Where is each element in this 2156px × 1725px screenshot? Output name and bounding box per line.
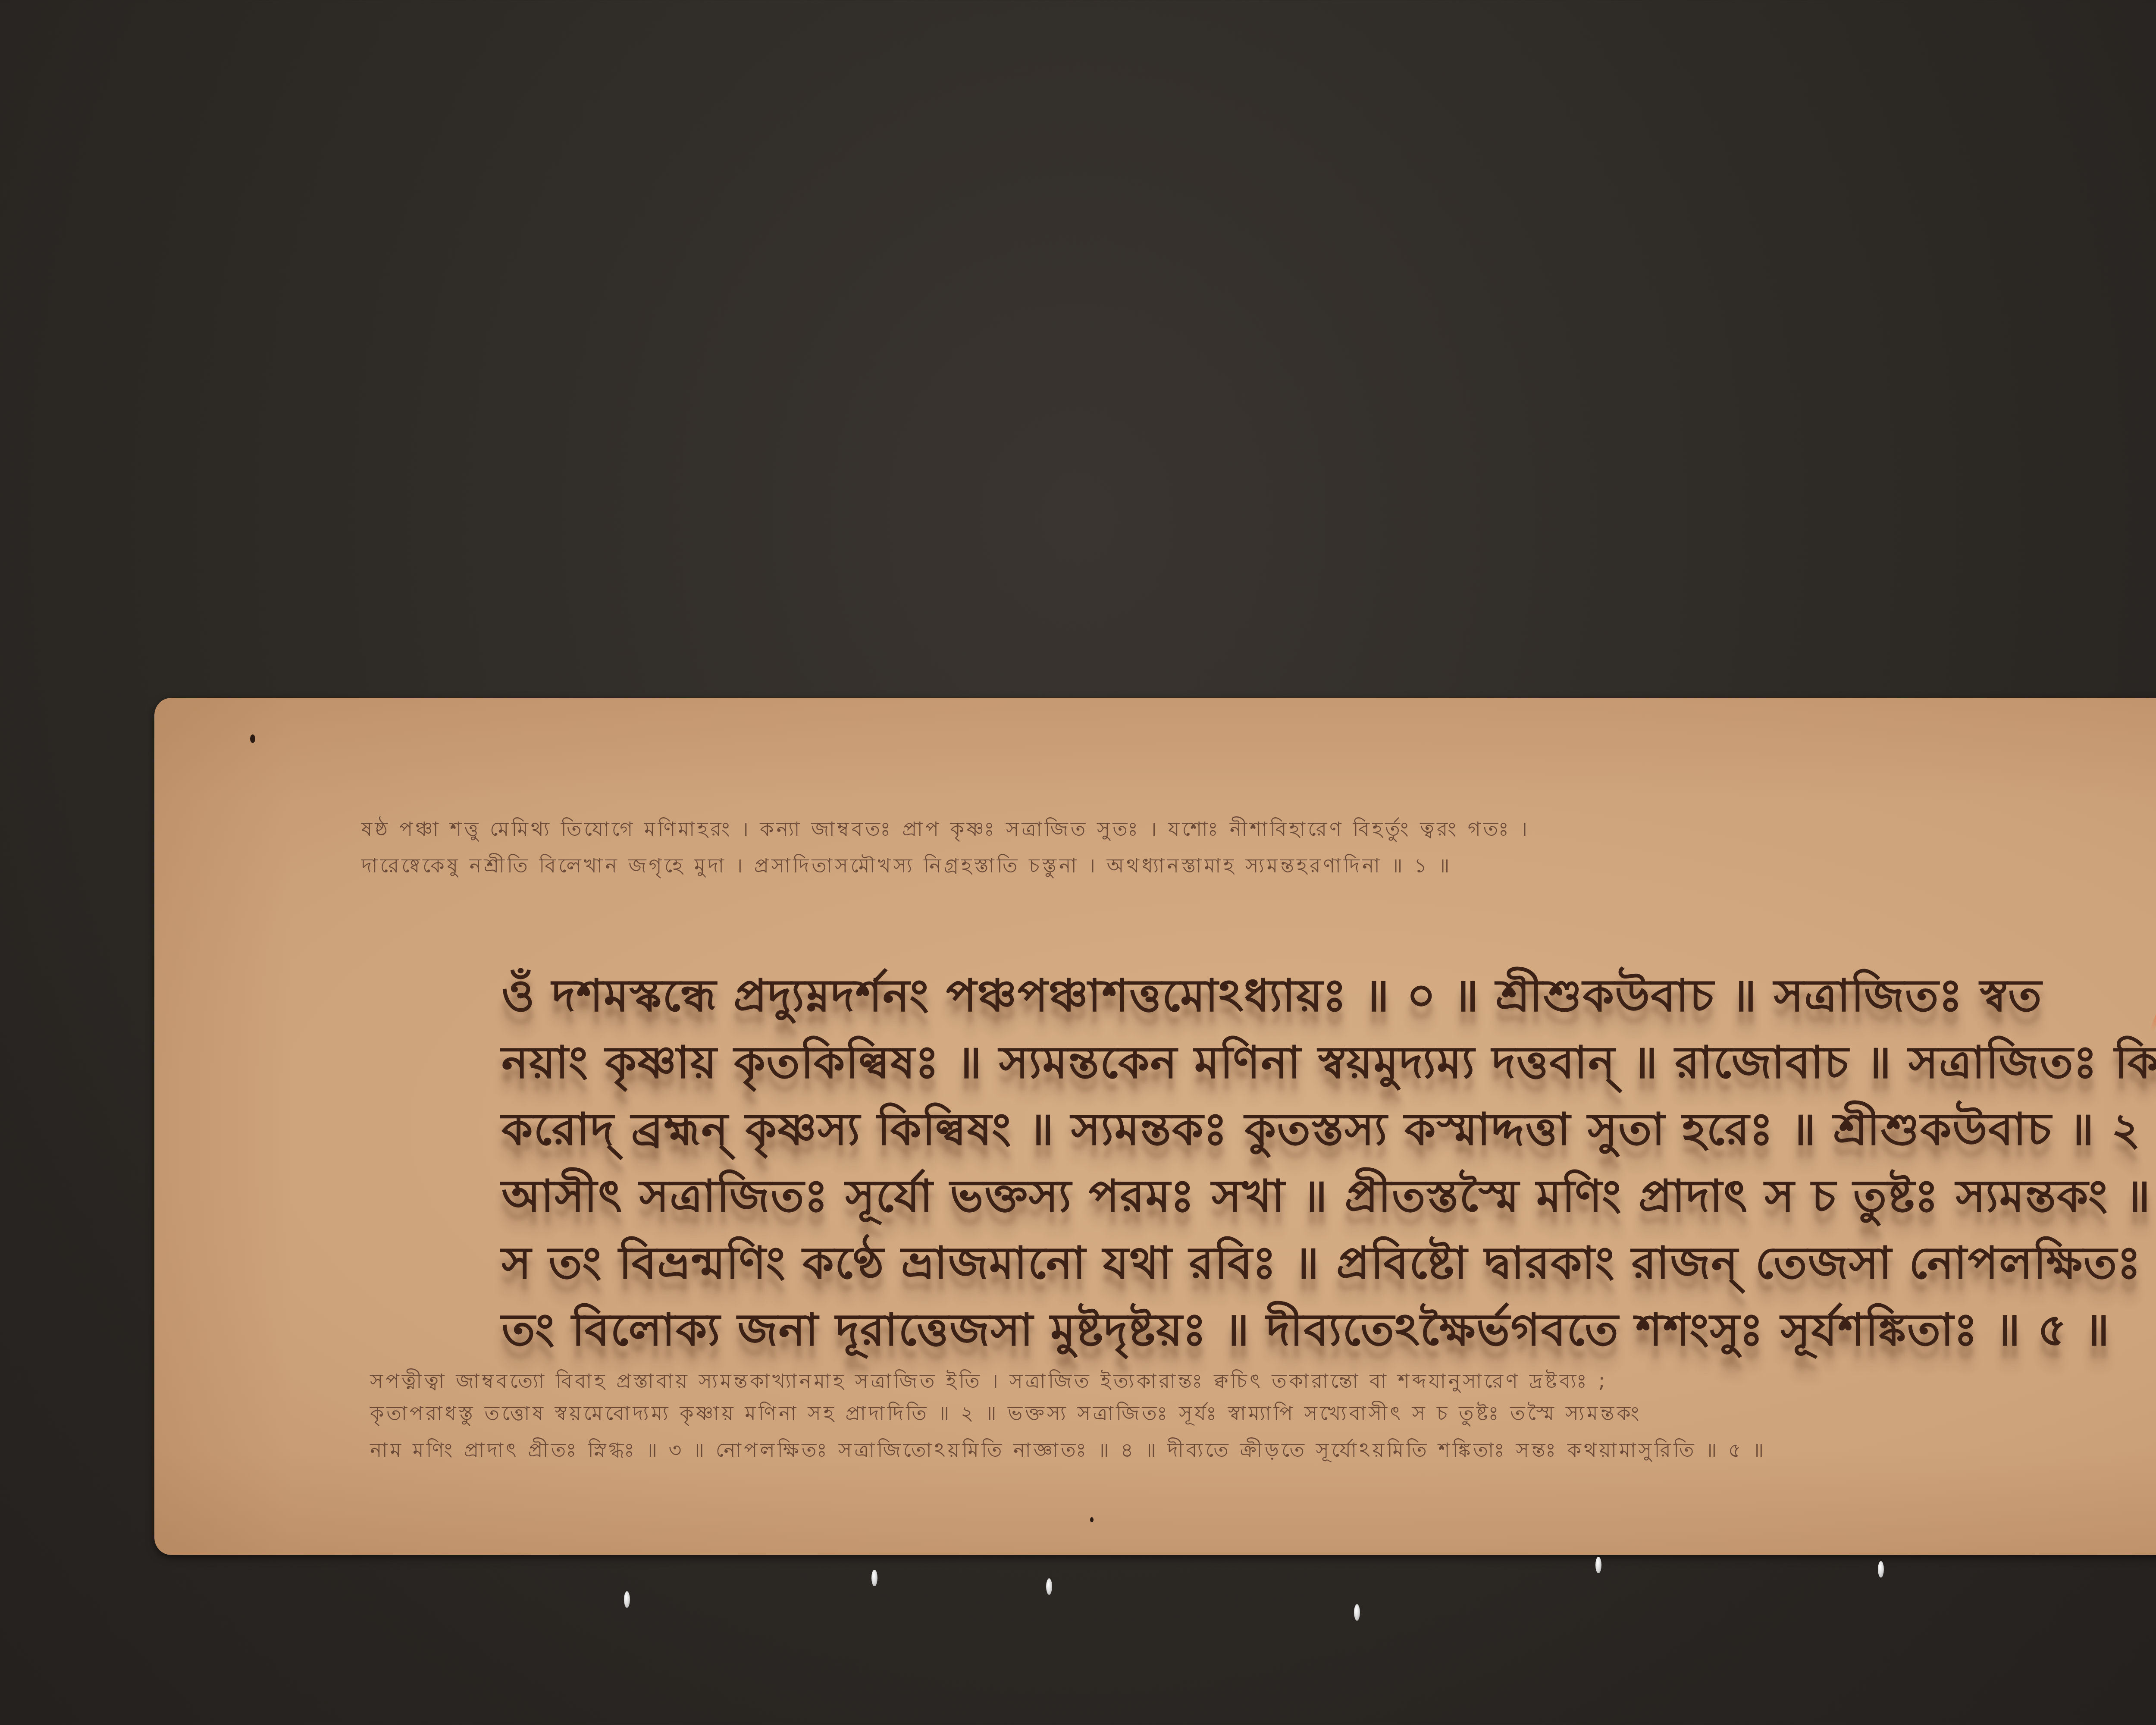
main-text-line-2: নয়াং কৃষ্ণায় কৃতকিল্বিষঃ ॥ স্যমন্তকেন … [501, 1028, 2156, 1103]
top-commentary-line-1: ষষ্ঠ পঞ্চা শত্তু মেমিথ্য তিযোগে মণিমাহরং… [361, 814, 1530, 847]
manuscript-leaf: ষষ্ঠ পঞ্চা শত্তু মেমিথ্য তিযোগে মণিমাহরং… [154, 698, 2156, 1555]
margin-red-mark [2150, 959, 2156, 1032]
mounting-pin [624, 1591, 630, 1608]
bottom-commentary-line-2: কৃতাপরাধস্তু তত্তোষ স্বয়মেবোদ্যম্য কৃষ্… [370, 1399, 1642, 1431]
mounting-pin [1595, 1557, 1601, 1573]
top-commentary-line-2: দারেষ্বেকেষু নশ্রীতি বিলেখান জগৃহে মুদা … [361, 851, 1452, 884]
main-text-line-5: স তং বিভ্রন্মণিং কণ্ঠে ভ্রাজমানো যথা রবি… [501, 1228, 2156, 1303]
main-text-line-4: আসীৎ সত্রাজিতঃ সূর্যো ভক্তস্য পরমঃ সখা ॥… [501, 1161, 2156, 1236]
ink-spot [1090, 1517, 1094, 1522]
mounting-pin [1878, 1561, 1884, 1578]
bottom-commentary-line-1: সপত্নীত্বা জাম্ববত্যো বিবাহ প্রস্তাবায় … [370, 1366, 1608, 1399]
main-text-line-1: ওঁ দশমস্কন্ধে প্রদ্যুম্নদর্শনং পঞ্চপঞ্চা… [501, 961, 2043, 1036]
mounting-pin [1046, 1578, 1052, 1595]
mounting-pin [871, 1570, 877, 1586]
bottom-commentary-line-3: নাম মণিং প্রাদাৎ প্রীতঃ স্নিগ্ধঃ ॥ ৩ ॥ ন… [370, 1435, 1766, 1468]
main-text-line-6: তং বিলোক্য জনা দূরাত্তেজসা মুষ্টদৃষ্টয়ঃ… [501, 1295, 2110, 1370]
mounting-pin [1354, 1604, 1360, 1621]
main-text-line-3: করোদ্ ব্রহ্মন্ কৃষ্ণস্য কিল্বিষং ॥ স্যমন… [501, 1095, 2156, 1170]
ink-spot [250, 734, 255, 743]
